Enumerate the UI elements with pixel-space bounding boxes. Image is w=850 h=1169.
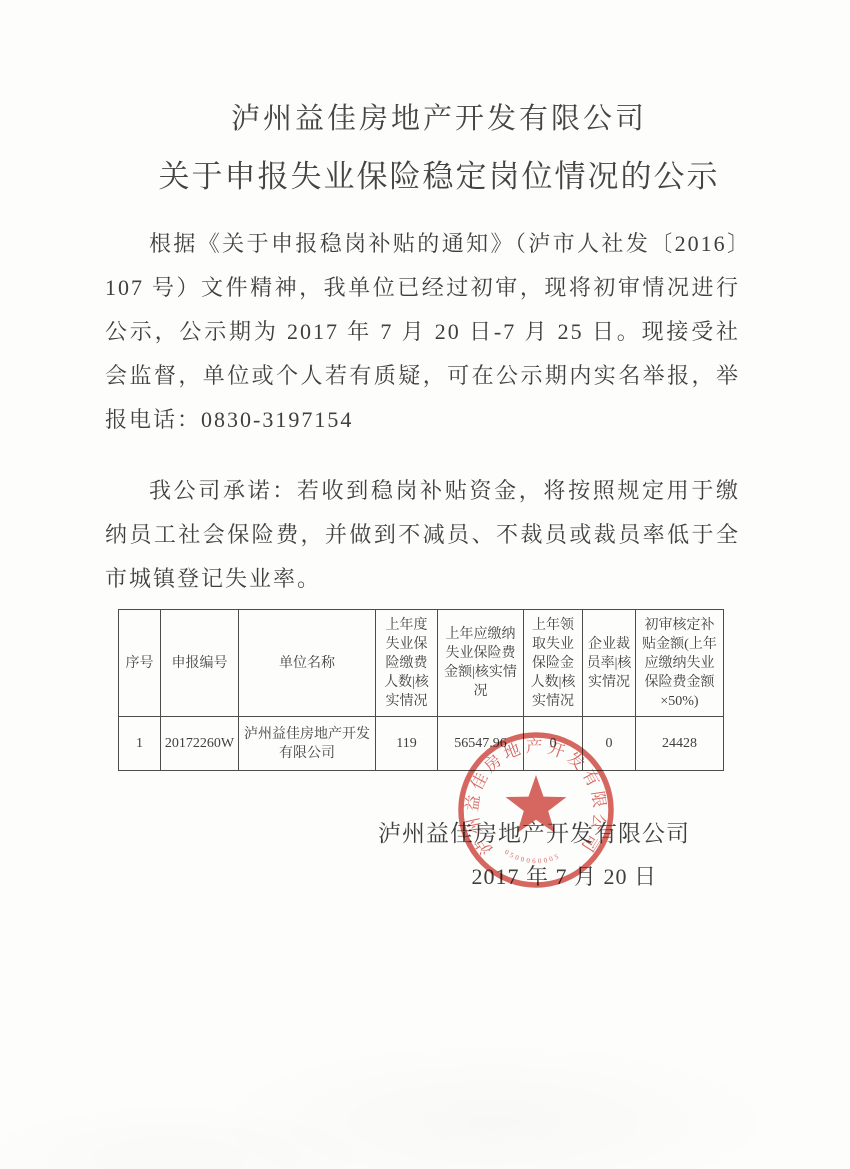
table-header-cell: 序号 [119, 610, 161, 717]
title-company-line: 泸州益佳房地产开发有限公司 [14, 96, 850, 137]
table-header-cell: 上年应缴纳失业保险费金额|核实情况 [438, 610, 524, 717]
table-header-cell: 初审核定补贴金额(上年应缴纳失业保险费金额×50%) [636, 610, 724, 717]
table-header-cell: 上年度失业保险缴费人数|核实情况 [376, 610, 438, 717]
signature-date: 2017 年 7 月 20 日 [0, 860, 850, 891]
title-subject-line: 关于申报失业保险稳定岗位情况的公示 [14, 151, 850, 196]
table-cell: 119 [376, 717, 438, 771]
table-cell: 1 [119, 717, 161, 771]
table-cell: 56547.96 [438, 717, 524, 771]
table-cell: 泸州益佳房地产开发有限公司 [239, 717, 376, 771]
document-body: 根据《关于申报稳岗补贴的通知》（泸市人社发〔2016〕107 号）文件精神，我单… [0, 222, 850, 601]
table-body: 120172260W泸州益佳房地产开发有限公司11956547.96002442… [119, 717, 724, 771]
signature-company: 泸州益佳房地产开发有限公司 [0, 815, 850, 848]
paragraph-commitment: 我公司承诺：若收到稳岗补贴资金，将按照规定用于缴纳员工社会保险费，并做到不减员、… [105, 469, 740, 601]
subsidy-table: 序号申报编号单位名称上年度失业保险缴费人数|核实情况上年应缴纳失业保险费金额|核… [118, 609, 724, 771]
table-head: 序号申报编号单位名称上年度失业保险缴费人数|核实情况上年应缴纳失业保险费金额|核… [119, 610, 724, 717]
subsidy-table-wrap: 序号申报编号单位名称上年度失业保险缴费人数|核实情况上年应缴纳失业保险费金额|核… [118, 609, 850, 771]
document-title: 泸州益佳房地产开发有限公司 关于申报失业保险稳定岗位情况的公示 [14, 0, 850, 196]
paragraph-notice: 根据《关于申报稳岗补贴的通知》（泸市人社发〔2016〕107 号）文件精神，我单… [105, 222, 740, 442]
table-cell: 0 [583, 717, 636, 771]
table-cell: 0 [524, 717, 583, 771]
signature-block: 泸州益佳房地产开发有限公司 2017 年 7 月 20 日 [0, 815, 850, 891]
table-header-row: 序号申报编号单位名称上年度失业保险缴费人数|核实情况上年应缴纳失业保险费金额|核… [119, 610, 724, 717]
table-header-cell: 申报编号 [161, 610, 239, 717]
scanned-document-page: 泸州益佳房地产开发有限公司 关于申报失业保险稳定岗位情况的公示 根据《关于申报稳… [0, 0, 850, 1169]
table-cell: 24428 [636, 717, 724, 771]
table-header-cell: 单位名称 [239, 610, 376, 717]
table-header-cell: 上年领取失业保险金人数|核实情况 [524, 610, 583, 717]
table-header-cell: 企业裁员率|核实情况 [583, 610, 636, 717]
table-row: 120172260W泸州益佳房地产开发有限公司11956547.96002442… [119, 717, 724, 771]
table-cell: 20172260W [161, 717, 239, 771]
